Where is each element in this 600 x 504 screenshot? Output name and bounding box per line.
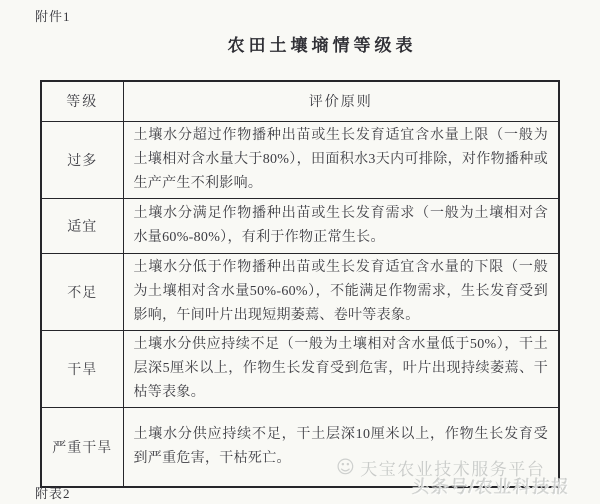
smiley-face-icon: ☺ xyxy=(336,459,356,477)
page-title: 农田土壤墒情等级表 xyxy=(22,31,600,56)
header-grade: 等级 xyxy=(41,81,123,121)
table-row-suitable: 适宜 土壤水分满足作物播种出苗或生长发育需求（一般为土壤相对含水量60%-80%… xyxy=(41,198,559,253)
grade-cell: 干旱 xyxy=(41,330,123,407)
description-cell: 土壤水分满足作物播种出苗或生长发育需求（一般为土壤相对含水量60%-80%），有… xyxy=(123,198,559,253)
table-row-excessive: 过多 土壤水分超过作物播种出苗或生长发育适宜含水量上限（一般为土壤相对含水量大于… xyxy=(41,121,559,198)
footer-table-label: 附表2 xyxy=(35,483,71,502)
table-row-drought: 干旱 土壤水分供应持续不足（一般为土壤相对含水量低于50%），干土层深5厘米以上… xyxy=(41,330,559,407)
attachment-label: 附件1 xyxy=(35,6,71,25)
watermark-channel-text: 头条号/农业科技报 xyxy=(411,473,571,499)
description-cell: 土壤水分低于作物播种出苗或生长发育适宜含水量的下限（一般为土壤相对含水量50%-… xyxy=(123,253,559,330)
description-cell: 土壤水分供应持续不足（一般为土壤相对含水量低于50%），干土层深5厘米以上，作物… xyxy=(123,330,559,407)
table-row-insufficient: 不足 土壤水分低于作物播种出苗或生长发育适宜含水量的下限（一般为土壤相对含水量5… xyxy=(41,253,559,330)
description-cell: 土壤水分超过作物播种出苗或生长发育适宜含水量上限（一般为土壤相对含水量大于80%… xyxy=(123,121,559,198)
grade-cell: 不足 xyxy=(41,253,123,330)
document-page: 附件1 农田土壤墒情等级表 等级 评价原则 过多 土壤水分超过作物播种出苗或生长… xyxy=(0,0,600,504)
soil-moisture-grade-table: 等级 评价原则 过多 土壤水分超过作物播种出苗或生长发育适宜含水量上限（一般为土… xyxy=(40,80,560,488)
grade-cell: 严重干旱 xyxy=(41,407,123,487)
grade-cell: 适宜 xyxy=(41,198,123,253)
table-header-row: 等级 评价原则 xyxy=(41,81,559,121)
header-principle: 评价原则 xyxy=(123,81,559,121)
grade-cell: 过多 xyxy=(41,121,123,198)
